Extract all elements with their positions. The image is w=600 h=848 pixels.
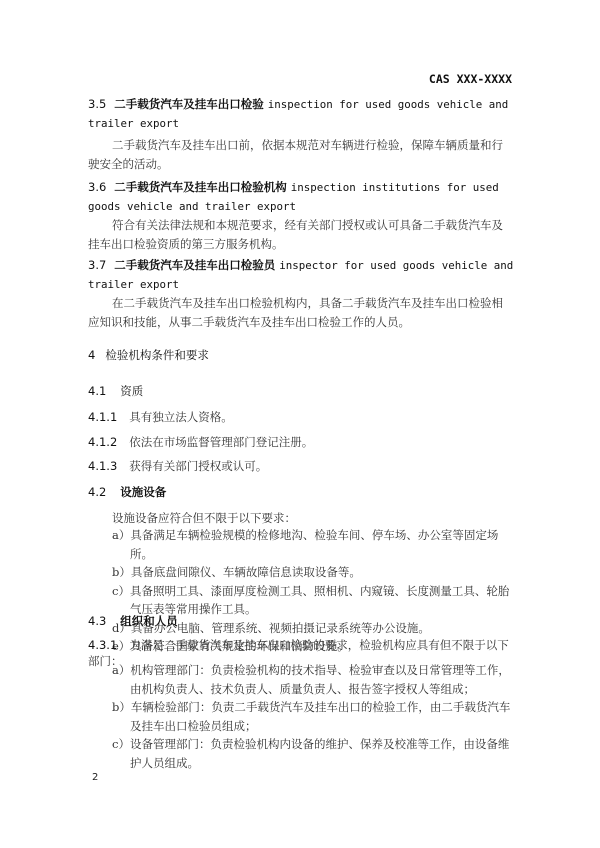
clause-number: 4.3.1 bbox=[88, 638, 117, 652]
term-number: 3.6 bbox=[88, 180, 106, 194]
section-title: 设施设备 bbox=[120, 485, 166, 499]
list-item: a）机构管理部门：负责检验机构的技术指导、检验审查以及日常管理等工作，由机构负责… bbox=[112, 661, 516, 698]
list-item: b）具备底盘间隙仪、车辆故障信息读取设备等。 bbox=[112, 563, 516, 582]
document-page: CAS XXX-XXXX 3.5二手载货汽车及挂车出口检验inspection … bbox=[0, 0, 600, 848]
term-number: 3.7 bbox=[88, 258, 106, 272]
page-number: 2 bbox=[92, 772, 98, 783]
clause-number: 4.1.1 bbox=[88, 410, 117, 424]
term-definition-3-7: 在二手载货汽车及挂车出口检验机构内，具备二手载货汽车及挂车出口检验相应知识和技能… bbox=[88, 294, 514, 332]
term-definition-3-5: 二手载货汽车及挂车出口前，依据本规范对车辆进行检验，保障车辆质量和行驶安全的活动… bbox=[88, 136, 514, 174]
section-number: 4.2 bbox=[88, 485, 106, 499]
list-item: a）具备满足车辆检验规模的检修地沟、检验车间、停车场、办公室等固定场所。 bbox=[112, 526, 516, 563]
departments-list: a）机构管理部门：负责检验机构的技术指导、检验审查以及日常管理等工作，由机构负责… bbox=[112, 661, 516, 772]
list-item: c）设备管理部门：负责检验机构内设备的维护、保养及校准等工作，由设备维护人员组成… bbox=[112, 735, 516, 772]
clause-number: 4.1.2 bbox=[88, 435, 117, 449]
section-heading-4-1: 4.1资质 bbox=[88, 383, 514, 399]
clause-4-1-1: 4.1.1具有独立法人资格。 bbox=[88, 409, 514, 425]
section-title: 组织和人员 bbox=[120, 614, 178, 628]
section-heading-4-3: 4.3组织和人员 bbox=[88, 613, 514, 629]
clause-text: 依法在市场监督管理部门登记注册。 bbox=[129, 435, 313, 449]
term-heading-3-6: 3.6二手载货汽车及挂车出口检验机构inspection institution… bbox=[88, 178, 514, 216]
term-heading-3-5: 3.5二手载货汽车及挂车出口检验inspection for used good… bbox=[88, 95, 514, 133]
section-number: 4.3 bbox=[88, 614, 106, 628]
section-heading-4: 4检验机构条件和要求 bbox=[88, 347, 514, 363]
document-code: CAS XXX-XXXX bbox=[429, 72, 512, 86]
term-chinese: 二手载货汽车及挂车出口检验员 bbox=[114, 258, 275, 272]
term-chinese: 二手载货汽车及挂车出口检验 bbox=[114, 97, 264, 111]
clause-number: 4.1.3 bbox=[88, 459, 117, 473]
term-number: 3.5 bbox=[88, 97, 106, 111]
clause-4-1-3: 4.1.3获得有关部门授权或认可。 bbox=[88, 458, 514, 474]
section-number: 4.1 bbox=[88, 384, 106, 398]
section-title: 资质 bbox=[120, 384, 143, 398]
clause-text: 获得有关部门授权或认可。 bbox=[129, 459, 267, 473]
section-number: 4 bbox=[88, 348, 95, 362]
list-item: b）车辆检验部门：负责二手载货汽车及挂车出口的检验工作，由二手载货汽车及挂车出口… bbox=[112, 698, 516, 735]
section-title: 检验机构条件和要求 bbox=[105, 348, 209, 362]
clause-text: 具有独立法人资格。 bbox=[129, 410, 233, 424]
facilities-intro: 设施设备应符合但不限于以下要求： bbox=[112, 510, 296, 526]
clause-4-1-2: 4.1.2依法在市场监督管理部门登记注册。 bbox=[88, 434, 514, 450]
term-chinese: 二手载货汽车及挂车出口检验机构 bbox=[114, 180, 287, 194]
section-heading-4-2: 4.2设施设备 bbox=[88, 484, 514, 500]
term-definition-3-6: 符合有关法律法规和本规范要求，经有关部门授权或认可具备二手载货汽车及挂车出口检验… bbox=[88, 216, 514, 254]
term-heading-3-7: 3.7二手载货汽车及挂车出口检验员inspector for used good… bbox=[88, 256, 514, 294]
